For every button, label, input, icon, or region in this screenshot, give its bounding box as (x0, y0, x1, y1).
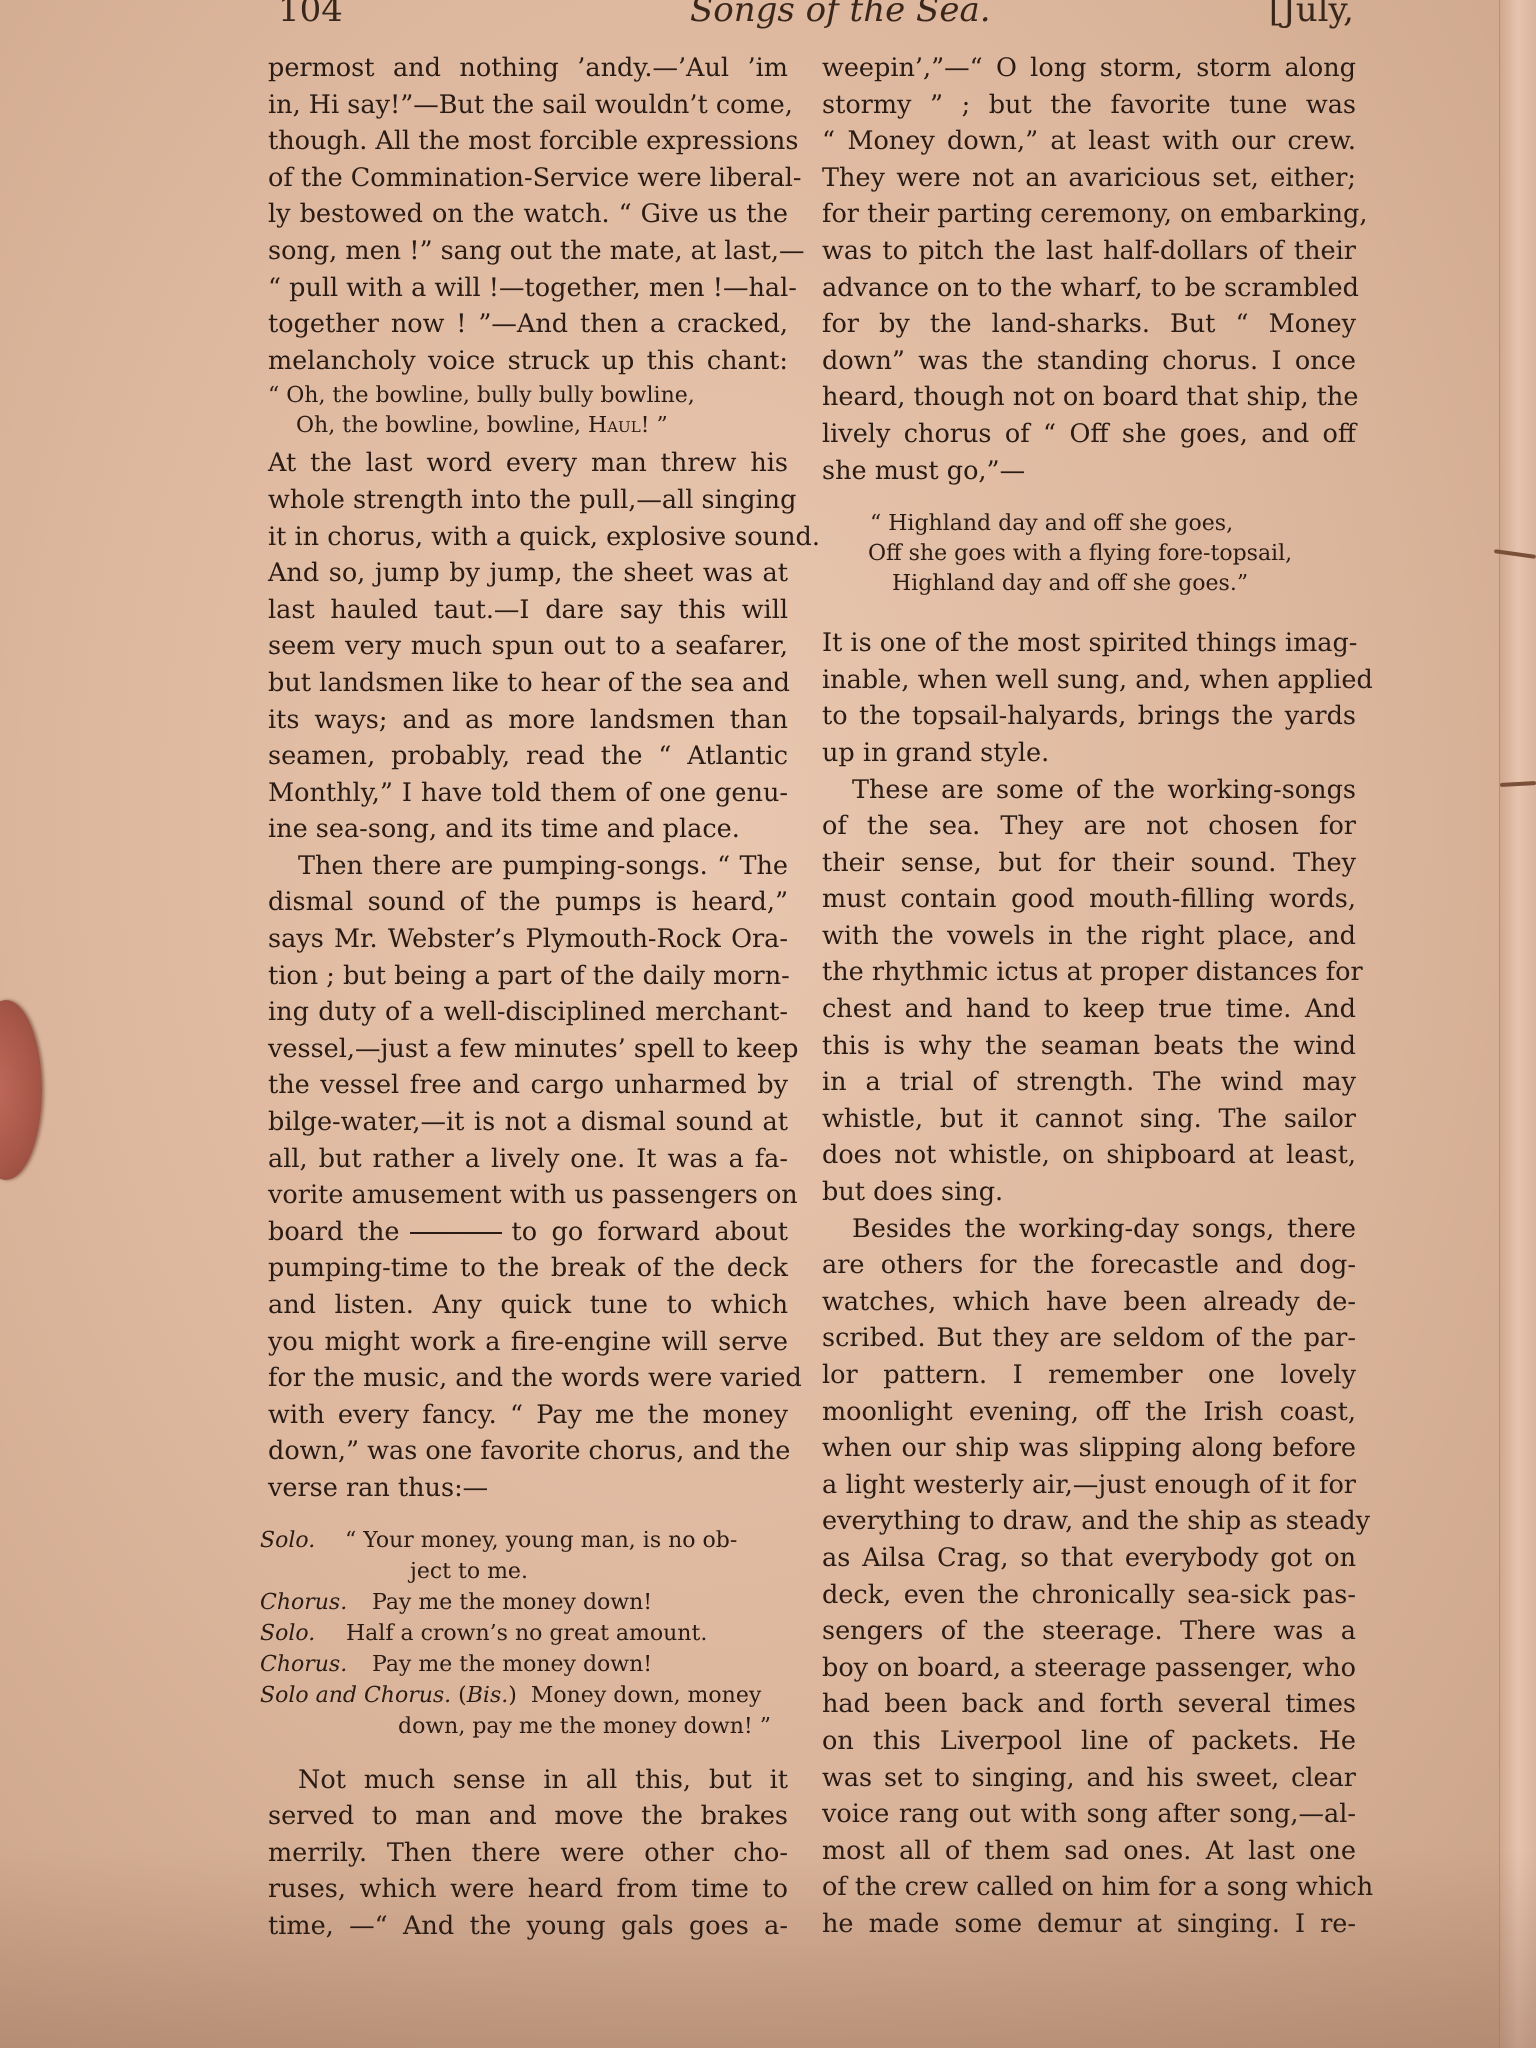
text-line: Then there are pumping-songs. “ The (268, 848, 788, 885)
text-line: in, Hi say!”—But the sail wouldn’t come, (268, 87, 788, 124)
text-line: Not much sense in all this, but it (268, 1762, 788, 1799)
text-line: heard, though not on board that ship, th… (822, 379, 1356, 416)
next-page-edge (1499, 0, 1536, 2048)
text-line: whole strength into the pull,—all singin… (268, 482, 788, 519)
thumb (0, 1000, 42, 1180)
paragraph: permost and nothing ’andy.—’Aul ’im in, … (268, 50, 788, 379)
speaker-label: Chorus. (260, 1649, 372, 1680)
song-text: down, pay me the money down! ” (398, 1714, 771, 1739)
text-line: though. All the most forcible expression… (268, 123, 788, 160)
money-down-song: Solo. “ Your money, young man, is no ob-… (260, 1525, 788, 1742)
text-line: dismal sound of the pumps is heard,” (268, 884, 788, 921)
text-line: voice rang out with song after song,—al- (822, 1796, 1356, 1833)
text-line: chest and hand to keep true time. And (822, 991, 1356, 1028)
bis-marker: Bis. (467, 1680, 509, 1711)
haul-word: Haul (588, 413, 641, 438)
text-line: “ pull with a will !—together, men !—hal… (268, 270, 788, 307)
verse-end: ! ” (641, 413, 668, 438)
text-line: seamen, probably, read the “ Atlantic (268, 738, 788, 775)
text-line: had been back and forth several times (822, 1686, 1356, 1723)
song-line: ject to me. (260, 1556, 788, 1587)
text-line: boy on board, a steerage passenger, who (822, 1650, 1356, 1687)
text-fragment: to go forward about (512, 1217, 788, 1247)
paragraph: At the last word every man threw his who… (268, 445, 788, 848)
text-line: sengers of the steerage. There was a (822, 1613, 1356, 1650)
highland-verse: “ Highland day and off she goes, Off she… (822, 509, 1356, 599)
text-line: says Mr. Webster’s Plymouth-Rock Ora- (268, 921, 788, 958)
speaker-label: Solo. (260, 1618, 346, 1649)
text-line: it in chorus, with a quick, explosive so… (268, 519, 788, 556)
verse-line: “ Highland day and off she goes, (822, 509, 1356, 539)
text-line: a light westerly air,—just enough of it … (822, 1467, 1356, 1504)
verse-line: Oh, the bowline, bowline, Haul! ” (268, 411, 788, 441)
text-line: everything to draw, and the ship as stea… (822, 1503, 1356, 1540)
speaker-label: Chorus. (260, 1587, 372, 1618)
text-line: bilge-water,—it is not a dismal sound at (268, 1104, 788, 1141)
text-line: moonlight evening, off the Irish coast, (822, 1394, 1356, 1431)
text-line: vessel,—just a few minutes’ spell to kee… (268, 1031, 788, 1068)
verse-line: “ Oh, the bowline, bully bully bowline, (268, 381, 788, 411)
text-line: time, —“ And the young gals goes a- (268, 1908, 788, 1945)
text-line: of the crew called on him for a song whi… (822, 1869, 1356, 1906)
speaker-label: Solo and Chorus. (260, 1680, 451, 1711)
left-column: permost and nothing ’andy.—’Aul ’im in, … (268, 50, 788, 1945)
text-line: on this Liverpool line of packets. He (822, 1723, 1356, 1760)
text-line: the rhythmic ictus at proper distances f… (822, 954, 1356, 991)
text-line: ing duty of a well-disciplined merchant- (268, 994, 788, 1031)
text-line: whistle, but it cannot sing. The sailor (822, 1101, 1356, 1138)
song-text: ject to me. (410, 1559, 528, 1584)
song-line: Chorus.Pay me the money down! (260, 1587, 788, 1618)
text-line: verse ran thus:— (268, 1470, 788, 1507)
song-text: “ Your money, young man, is no ob- (345, 1528, 737, 1553)
verse-line: Off she goes with a flying fore-topsail, (822, 539, 1356, 569)
issue-month: [July, (1269, 0, 1354, 30)
text-line: the vessel free and cargo unharmed by (268, 1067, 788, 1104)
text-line: permost and nothing ’andy.—’Aul ’im (268, 50, 788, 87)
text-line: watches, which have been already de- (822, 1284, 1356, 1321)
text-line: “ Money down,” at least with our crew. (822, 123, 1356, 160)
speaker-label: Solo. (260, 1525, 338, 1556)
text-line: its ways; and as more landsmen than (268, 702, 788, 739)
text-line: advance on to the wharf, to be scrambled (822, 270, 1356, 307)
text-line: of the sea. They are not chosen for (822, 808, 1356, 845)
text-line: their sense, but for their sound. They (822, 845, 1356, 882)
text-line: It is one of the most spirited things im… (822, 625, 1356, 662)
text-line: deck, even the chronically sea-sick pas- (822, 1577, 1356, 1614)
text-line: song, men !” sang out the mate, at last,… (268, 233, 788, 270)
text-line: must contain good mouth-filling words, (822, 881, 1356, 918)
text-line: stormy ” ; but the favorite tune was (822, 87, 1356, 124)
text-line: They were not an avaricious set, either; (822, 160, 1356, 197)
paragraph: Then there are pumping-songs. “ The dism… (268, 848, 788, 1507)
text-line: last hauled taut.—I dare say this will (268, 592, 788, 629)
text-line: was to pitch the last half-dollars of th… (822, 233, 1356, 270)
text-line: up in grand style. (822, 735, 1356, 772)
text-line: for their parting ceremony, on embarking… (822, 196, 1356, 233)
song-text: Pay me the money down! (372, 1590, 652, 1615)
running-title: Songs of the Sea. (690, 0, 991, 30)
ship-name-blank (410, 1232, 502, 1234)
text-line: she must go,”— (822, 453, 1356, 490)
text-line: lor pattern. I remember one lovely (822, 1357, 1356, 1394)
text-line: but does sing. (822, 1174, 1356, 1211)
verse-line: Highland day and off she goes.” (822, 569, 1356, 599)
text-line: ly bestowed on the watch. “ Give us the (268, 196, 788, 233)
text-line: as Ailsa Crag, so that everybody got on (822, 1540, 1356, 1577)
text-line: this is why the seaman beats the wind (822, 1028, 1356, 1065)
text-line: when our ship was slipping along before (822, 1430, 1356, 1467)
text-line: seem very much spun out to a seafarer, (268, 628, 788, 665)
paragraph: These are some of the working-songs of t… (822, 772, 1356, 1211)
text-line: served to man and move the brakes (268, 1798, 788, 1835)
text-line: melancholy voice struck up this chant: (268, 343, 788, 380)
text-line: At the last word every man threw his (268, 445, 788, 482)
paragraph: Besides the working-day songs, there are… (822, 1211, 1356, 1943)
text-line: but landsmen like to hear of the sea and (268, 665, 788, 702)
text-line: for by the land-sharks. But “ Money (822, 306, 1356, 343)
text-line: all, but rather a lively one. It was a f… (268, 1141, 788, 1178)
text-line: of the Commination-Service were liberal- (268, 160, 788, 197)
text-line: and listen. Any quick tune to which (268, 1287, 788, 1324)
song-line: Chorus.Pay me the money down! (260, 1649, 788, 1680)
song-line: Solo. “ Your money, young man, is no ob- (260, 1525, 788, 1556)
song-line: Solo and Chorus. (Bis.) Money down, mone… (260, 1680, 788, 1711)
verse-text: Oh, the bowline, bowline, (296, 413, 588, 438)
text-fragment: board the (268, 1217, 400, 1247)
text-line: lively chorus of “ Off she goes, and off (822, 416, 1356, 453)
text-line: And so, jump by jump, the sheet was at (268, 555, 788, 592)
text-line: in a trial of strength. The wind may (822, 1064, 1356, 1101)
text-line: does not whistle, on shipboard at least, (822, 1137, 1356, 1174)
text-line: Monthly,” I have told them of one genu- (268, 775, 788, 812)
book-page: 104 Songs of the Sea. [July, permost and… (0, 0, 1536, 2048)
right-column: weepin’,”—“ O long storm, storm along st… (822, 50, 1356, 1943)
text-line: for the music, and the words were varied (268, 1360, 788, 1397)
text-line: most all of them sad ones. At last one (822, 1833, 1356, 1870)
text-line: down” was the standing chorus. I once (822, 343, 1356, 380)
bowline-verse: “ Oh, the bowline, bully bully bowline, … (268, 381, 788, 441)
song-text: Pay me the money down! (372, 1652, 652, 1677)
text-line: you might work a fire-engine will serve (268, 1324, 788, 1361)
paragraph: It is one of the most spirited things im… (822, 625, 1356, 771)
text-line: board theto go forward about (268, 1214, 788, 1251)
text-line: down,” was one favorite chorus, and the (268, 1433, 788, 1470)
text-line: ruses, which were heard from time to (268, 1871, 788, 1908)
text-line: pumping-time to the break of the deck (268, 1250, 788, 1287)
page-number: 104 (278, 0, 343, 30)
text-line: vorite amusement with us passengers on (268, 1177, 788, 1214)
song-text: Money down, money (531, 1683, 761, 1708)
text-line: tion ; but being a part of the daily mor… (268, 958, 788, 995)
text-line: together now ! ”—And then a cracked, (268, 306, 788, 343)
paragraph: weepin’,”—“ O long storm, storm along st… (822, 50, 1356, 489)
text-line: he made some demur at singing. I re- (822, 1906, 1356, 1943)
text-line: was set to singing, and his sweet, clear (822, 1760, 1356, 1797)
running-header: 104 Songs of the Sea. [July, (270, 0, 1356, 30)
text-line: with every fancy. “ Pay me the money (268, 1397, 788, 1434)
text-line: ine sea-song, and its time and place. (268, 811, 788, 848)
song-line: Solo.Half a crown’s no great amount. (260, 1618, 788, 1649)
text-line: to the topsail-halyards, brings the yard… (822, 698, 1356, 735)
song-text: Half a crown’s no great amount. (346, 1621, 707, 1646)
text-line: merrily. Then there were other cho- (268, 1835, 788, 1872)
text-line: These are some of the working-songs (822, 772, 1356, 809)
text-line: Besides the working-day songs, there (822, 1211, 1356, 1248)
song-line: down, pay me the money down! ” (260, 1711, 788, 1742)
text-line: scribed. But they are seldom of the par- (822, 1320, 1356, 1357)
text-line: with the vowels in the right place, and (822, 918, 1356, 955)
text-line: are others for the forecastle and dog- (822, 1247, 1356, 1284)
paragraph: Not much sense in all this, but it serve… (268, 1762, 788, 1945)
text-line: inable, when well sung, and, when applie… (822, 662, 1356, 699)
text-line: weepin’,”—“ O long storm, storm along (822, 50, 1356, 87)
